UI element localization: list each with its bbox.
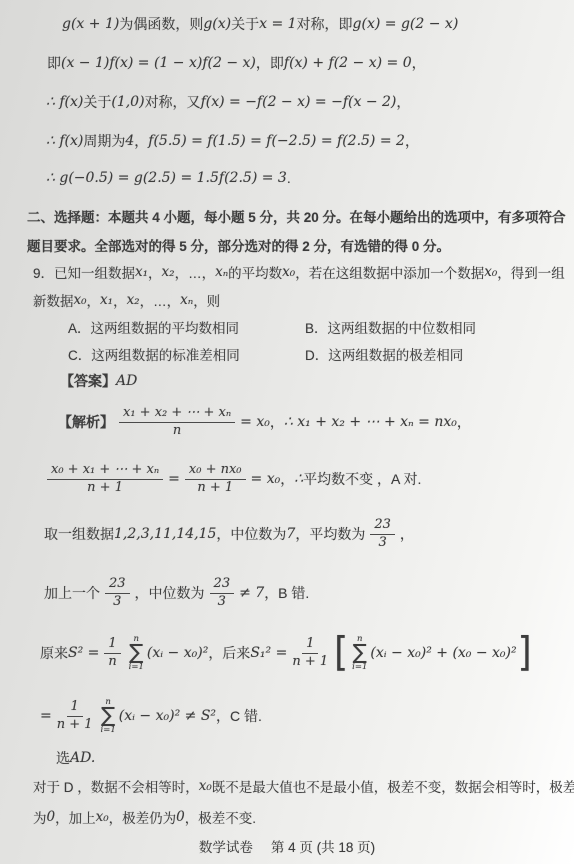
text-run: 新数据 — [33, 290, 74, 310]
text-run: g(x) = g(2 − x) — [353, 16, 459, 32]
text-run: 1,2,3,11,14,15 — [114, 526, 216, 542]
option-a-label: A．这两组数据的平均数相同 — [68, 317, 239, 337]
analysis-variance-line-2: =1n + 1n∑i=1(xᵢ − x₀)² ≠ S² ，C 错. — [40, 688, 262, 744]
analysis-plus-line: 加上一个233，中位数为233≠ 7 ，B 错. — [44, 565, 309, 621]
analysis-optionD-line-2: 为 0 ，加上 x₀ ，极差仍为 0 ，极差不变. — [33, 807, 256, 827]
question9-line-1: 9．已知一组数据 x₁，x₂，…，xₙ 的平均数 x₀，若在这组数据中添加一个数… — [33, 262, 565, 282]
answer-value: AD — [116, 373, 137, 389]
text-run: xₙ — [180, 292, 193, 308]
text-run: (x − 1)f(x) = (1 − x)f(2 − x) — [61, 55, 256, 71]
fraction-denominator: n + 1 — [87, 480, 123, 496]
answer-label: 【答案】 — [60, 371, 116, 391]
fraction: x₁ + x₂ + ⋯ + xₙn — [119, 406, 235, 439]
text-run: 的平均数 — [228, 262, 282, 282]
text-run: 0 — [47, 809, 56, 825]
text-run: 4 — [125, 133, 134, 149]
text-run: x₀ — [484, 264, 497, 280]
text-run: AD. — [70, 750, 95, 766]
text-run: ，…， — [175, 262, 216, 282]
solution8-line-4: ∴ f(x) 周期为 4 ，f(5.5) = f(1.5) = f(−2.5) … — [46, 131, 419, 151]
fraction-numerator: 1 — [67, 700, 83, 717]
sum-lower-limit: i=1 — [129, 663, 144, 672]
text-run: x₂ — [162, 264, 175, 280]
text-run: f(x) + f(2 − x) = 0 — [284, 55, 412, 71]
text-run: ，极差仍为 — [109, 807, 177, 827]
text-run: ，则 — [193, 290, 220, 310]
text-run: ， — [87, 290, 101, 310]
text-run: ∴ — [294, 471, 303, 487]
fraction: 1n + 1 — [292, 637, 328, 670]
text-run: ， — [134, 131, 148, 151]
option-a: A．这两组数据的平均数相同 — [68, 317, 239, 337]
text-run: ，C 错. — [216, 706, 262, 726]
fraction: 1n — [104, 637, 120, 670]
text-run: f(x) = −f(2 − x) = −f(x − 2) — [201, 94, 397, 110]
section-header-text: 题目要求。全部选对的得 5 分，部分选对的得 2 分，有选错的得 0 分。 — [27, 235, 450, 255]
fraction: x₀ + x₁ + ⋯ + xₙn + 1 — [47, 463, 163, 496]
text-run: 【解析】 — [58, 412, 114, 432]
text-run: x₀ — [74, 292, 87, 308]
fraction-denominator: 3 — [218, 594, 226, 610]
text-run: = x₀ — [240, 414, 270, 430]
fraction-numerator: 23 — [210, 577, 235, 594]
analysis-median-line: 取一组数据1,2,3,11,14,15 ，中位数为 7 ，平均数为233， — [44, 506, 414, 562]
fraction-denominator: n + 1 — [292, 654, 328, 670]
text-run: (xᵢ − x₀)² — [147, 645, 208, 661]
text-run: = — [40, 708, 52, 724]
fraction-denominator: 3 — [378, 535, 386, 551]
option-c: C．这两组数据的标准差相同 — [68, 344, 240, 364]
summation: n∑i=1 — [129, 635, 144, 672]
text-run: 为 — [33, 807, 47, 827]
big-bracket: [ — [334, 633, 348, 673]
text-run: x₂ — [127, 292, 140, 308]
text-run: ，平均数为 — [295, 524, 365, 544]
fraction: 1n + 1 — [57, 700, 93, 733]
section-header-text: 二、选择题：本题共 4 小题，每小题 5 分，共 20 分。在每小题给出的选项中… — [27, 206, 566, 226]
text-run: ， — [113, 290, 127, 310]
option-b-label: B．这两组数据的中位数相同 — [305, 317, 476, 337]
text-run: g(x + 1) — [62, 16, 119, 32]
text-run: ，中位数为 — [135, 583, 205, 603]
text-run: ∴ x₁ + x₂ + ⋯ + xₙ = nx₀ — [284, 414, 457, 430]
footer-page-number: 第 4 页 (共 18 页) — [271, 836, 375, 856]
analysis-line-1: 【解析】x₁ + x₂ + ⋯ + xₙn= x₀ ，∴ x₁ + x₂ + ⋯… — [58, 396, 471, 448]
text-run: 原来 — [40, 643, 68, 663]
fraction-denominator: n — [108, 654, 116, 670]
text-run: x₁ — [100, 292, 113, 308]
text-run: x₀ — [282, 264, 295, 280]
text-run: 关于 — [231, 14, 259, 34]
text-run: ，加上 — [55, 807, 96, 827]
big-bracket: ] — [518, 633, 532, 673]
text-run: ≠ 7 — [239, 585, 264, 601]
solution8-line-3: ∴ f(x) 关于 (1,0) 对称，又 f(x) = −f(2 − x) = … — [46, 92, 410, 112]
text-run: 取一组数据 — [44, 524, 114, 544]
text-run: 即 — [47, 53, 61, 73]
fraction-denominator: n + 1 — [57, 717, 93, 733]
option-c-label: C．这两组数据的标准差相同 — [68, 344, 240, 364]
section-header-line-2: 题目要求。全部选对的得 5 分，部分选对的得 2 分，有选错的得 0 分。 — [27, 235, 450, 255]
text-run: = x₀ — [251, 471, 281, 487]
sigma-icon: ∑ — [101, 706, 115, 726]
text-run: 对称，即 — [297, 14, 353, 34]
fraction-numerator: x₀ + nx₀ — [185, 463, 246, 480]
analysis-conclusion-line: 选 AD. — [56, 748, 95, 768]
text-run: 7 — [286, 526, 295, 542]
fraction-denominator: n — [173, 423, 181, 439]
text-run: ，若在这组数据中添加一个数据 — [295, 262, 484, 282]
text-run: ，极差不变. — [185, 807, 256, 827]
text-run: x₀ — [96, 809, 109, 825]
fraction-numerator: 1 — [302, 637, 318, 654]
text-run: x₀ — [199, 778, 212, 794]
sum-lower-limit: i=1 — [352, 663, 367, 672]
text-run: ∴ f(x) — [46, 133, 83, 149]
text-run: 周期为 — [83, 131, 125, 151]
answer-line: 【答案】 AD — [60, 371, 137, 391]
text-run: ， — [457, 412, 471, 432]
text-run: f(5.5) = f(1.5) = f(−2.5) = f(2.5) = 2 — [148, 133, 405, 149]
fraction-numerator: x₁ + x₂ + ⋯ + xₙ — [119, 406, 235, 423]
text-run: x₁ — [135, 264, 148, 280]
text-run: (1,0) — [111, 94, 144, 110]
text-run: ， — [280, 469, 294, 489]
fraction: x₀ + nx₀n + 1 — [185, 463, 246, 496]
text-run: 关于 — [83, 92, 111, 112]
text-run: 对于 D ，数据不会相等时， — [33, 776, 199, 796]
analysis-optionD-line-1: 对于 D ，数据不会相等时，x₀ 既不是最大值也不是最小值，极差不变，数据会相等… — [33, 776, 574, 796]
text-run: S² = — [68, 645, 99, 661]
text-run: ， — [405, 131, 419, 151]
text-run: xₙ — [215, 264, 228, 280]
analysis-line-2: x₀ + x₁ + ⋯ + xₙn + 1=x₀ + nx₀n + 1= x₀ … — [42, 452, 421, 506]
text-run: 既不是最大值也不是最小值，极差不变，数据会相等时，极差 — [212, 776, 574, 796]
text-run: = — [168, 471, 180, 487]
fraction-denominator: 3 — [113, 594, 121, 610]
solution8-line-1: g(x + 1) 为偶函数，则 g(x) 关于 x = 1 对称，即 g(x) … — [62, 14, 458, 34]
option-d-label: D．这两组数据的极差相同 — [305, 344, 463, 364]
text-run: ，…， — [140, 290, 181, 310]
text-run: 对称，又 — [145, 92, 201, 112]
text-run: ， — [396, 92, 410, 112]
text-run: 平均数不变 ，A 对. — [303, 469, 421, 489]
text-run: . — [287, 170, 291, 186]
text-run: ，后来 — [208, 643, 250, 663]
text-run: ∴ g(−0.5) = g(2.5) = 1.5f(2.5) = 3 — [46, 170, 287, 186]
analysis-variance-line-1: 原来 S² =1nn∑i=1(xᵢ − x₀)² ，后来 S₁² =1n + 1… — [40, 622, 533, 684]
text-run: (xᵢ − x₀)² + (x₀ − x₀)² — [370, 645, 516, 661]
text-run: ，B 错. — [264, 583, 309, 603]
fraction: 233 — [105, 577, 130, 610]
text-run: 为偶函数，则 — [119, 14, 203, 34]
solution8-line-2: 即 (x − 1)f(x) = (1 − x)f(2 − x) ，即 f(x) … — [47, 53, 426, 73]
fraction-numerator: 23 — [105, 577, 130, 594]
fraction-numerator: 23 — [370, 518, 395, 535]
text-run: S₁² = — [250, 645, 287, 661]
text-run: g(x) — [203, 16, 231, 32]
text-run: ， — [412, 53, 426, 73]
text-run: (xᵢ − x₀)² ≠ S² — [119, 708, 216, 724]
option-d: D．这两组数据的极差相同 — [305, 344, 463, 364]
footer-exam-title: 数学试卷 — [199, 836, 253, 856]
text-run: ， — [270, 412, 284, 432]
text-run: ， — [400, 524, 414, 544]
text-run: ，得到一组 — [497, 262, 565, 282]
sum-lower-limit: i=1 — [101, 726, 116, 735]
sigma-icon: ∑ — [353, 643, 367, 663]
fraction-numerator: 1 — [104, 637, 120, 654]
question9-line-2: 新数据 x₀，x₁，x₂，…，xₙ，则 — [33, 290, 220, 310]
text-run: 9．已知一组数据 — [33, 262, 135, 282]
text-run: 0 — [176, 809, 185, 825]
summation: n∑i=1 — [101, 698, 116, 735]
fraction-numerator: x₀ + x₁ + ⋯ + xₙ — [47, 463, 163, 480]
fraction: 233 — [370, 518, 395, 551]
text-run: 选 — [56, 748, 70, 768]
summation: n∑i=1 — [352, 635, 367, 672]
solution8-line-5: ∴ g(−0.5) = g(2.5) = 1.5f(2.5) = 3 . — [46, 170, 291, 186]
text-run: x = 1 — [259, 16, 296, 32]
sigma-icon: ∑ — [129, 643, 143, 663]
fraction-denominator: n + 1 — [197, 480, 233, 496]
text-run: ∴ f(x) — [46, 94, 83, 110]
text-run: ，中位数为 — [216, 524, 286, 544]
section-header-line-1: 二、选择题：本题共 4 小题，每小题 5 分，共 20 分。在每小题给出的选项中… — [27, 206, 566, 226]
fraction: 233 — [210, 577, 235, 610]
text-run: ， — [148, 262, 162, 282]
text-run: 加上一个 — [44, 583, 100, 603]
text-run: ，即 — [256, 53, 284, 73]
option-b: B．这两组数据的中位数相同 — [305, 317, 476, 337]
exam-scan-page: g(x + 1) 为偶函数，则 g(x) 关于 x = 1 对称，即 g(x) … — [0, 0, 574, 864]
page-footer: 数学试卷 第 4 页 (共 18 页) — [0, 836, 574, 856]
